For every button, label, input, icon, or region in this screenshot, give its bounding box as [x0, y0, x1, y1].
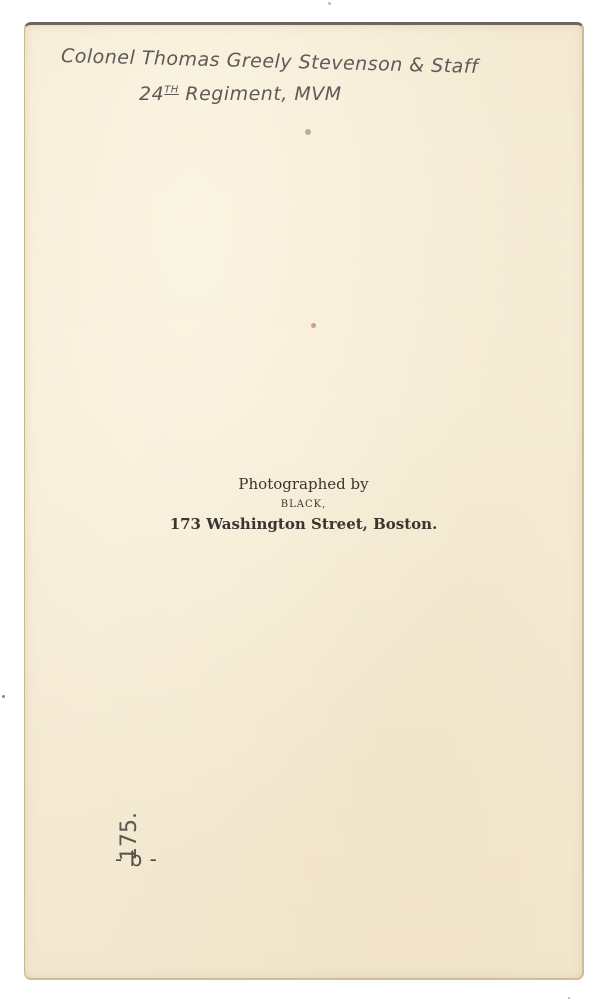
imprint-address: 173 Washington Street, Boston.	[25, 515, 582, 533]
regiment-name: Regiment, MVM	[179, 83, 342, 105]
imprint-studio-name: BLACK,	[25, 499, 582, 510]
catalog-suffix: - b -	[115, 847, 157, 871]
photo-card-back: Colonel Thomas Greely Stevenson & Staff …	[24, 22, 584, 980]
foxing-spot	[311, 323, 316, 328]
stray-mark	[2, 695, 5, 698]
handwritten-title-line1: Colonel Thomas Greely Stevenson & Staff	[61, 45, 479, 78]
stray-mark	[568, 997, 570, 999]
regiment-number: 24	[139, 83, 164, 105]
regiment-ordinal: TH	[164, 85, 179, 96]
handwritten-title-line2: 24TH Regiment, MVM	[139, 83, 342, 105]
imprint-photographed-by: Photographed by	[25, 475, 582, 493]
stray-mark	[328, 2, 331, 5]
foxing-spot	[305, 129, 311, 135]
